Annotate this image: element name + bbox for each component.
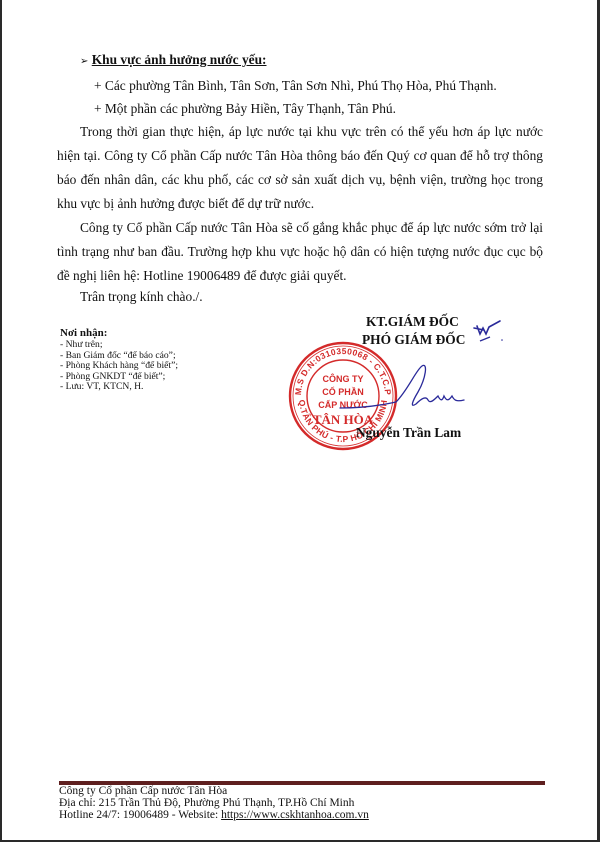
arrowhead-bullet-icon: ➢	[80, 56, 88, 67]
affected-area-heading: Khu vực ảnh hưởng nước yếu:	[92, 52, 267, 67]
signer-name: Nguyễn Trần Lam	[356, 425, 461, 441]
signature-title-1: KT.GIÁM ĐỐC	[366, 314, 459, 330]
document-page: ➢ Khu vực ảnh hưởng nước yếu: + Các phườ…	[2, 0, 597, 840]
affected-area-item: + Một phần các phường Bảy Hiền, Tây Thạn…	[94, 101, 396, 117]
footer-contact: Hotline 24/7: 19006489 - Website: https:…	[59, 809, 369, 821]
body-paragraph-1: Trong thời gian thực hiện, áp lực nước t…	[57, 120, 543, 216]
footer-hotline: Hotline 24/7: 19006489 - Website:	[59, 809, 221, 821]
recipient-item: - Lưu: VT, KTCN, H.	[60, 382, 178, 393]
affected-area-item: + Các phường Tân Bình, Tân Sơn, Tân Sơn …	[94, 78, 497, 94]
footer-block: Công ty Cổ phần Cấp nước Tân Hòa Địa chỉ…	[59, 785, 369, 822]
affected-area-heading-row: ➢ Khu vực ảnh hưởng nước yếu:	[80, 52, 267, 70]
recipient-item: - Như trên;	[60, 340, 178, 351]
closing-line: Trân trọng kính chào./.	[80, 289, 203, 305]
footer-company: Công ty Cổ phần Cấp nước Tân Hòa	[59, 785, 369, 797]
website-link[interactable]: https://www.cskhtanhoa.com.vn	[221, 809, 369, 821]
initials-mark-icon	[472, 318, 512, 348]
handwritten-signature-icon	[338, 360, 478, 420]
recipients-block: Nơi nhận: - Như trên; - Ban Giám đốc “để…	[60, 327, 178, 393]
body-paragraph-2: Công ty Cổ phần Cấp nước Tân Hòa sẽ cố g…	[57, 216, 543, 288]
footer-address: Địa chỉ: 215 Trần Thủ Độ, Phường Phú Thạ…	[59, 797, 369, 809]
